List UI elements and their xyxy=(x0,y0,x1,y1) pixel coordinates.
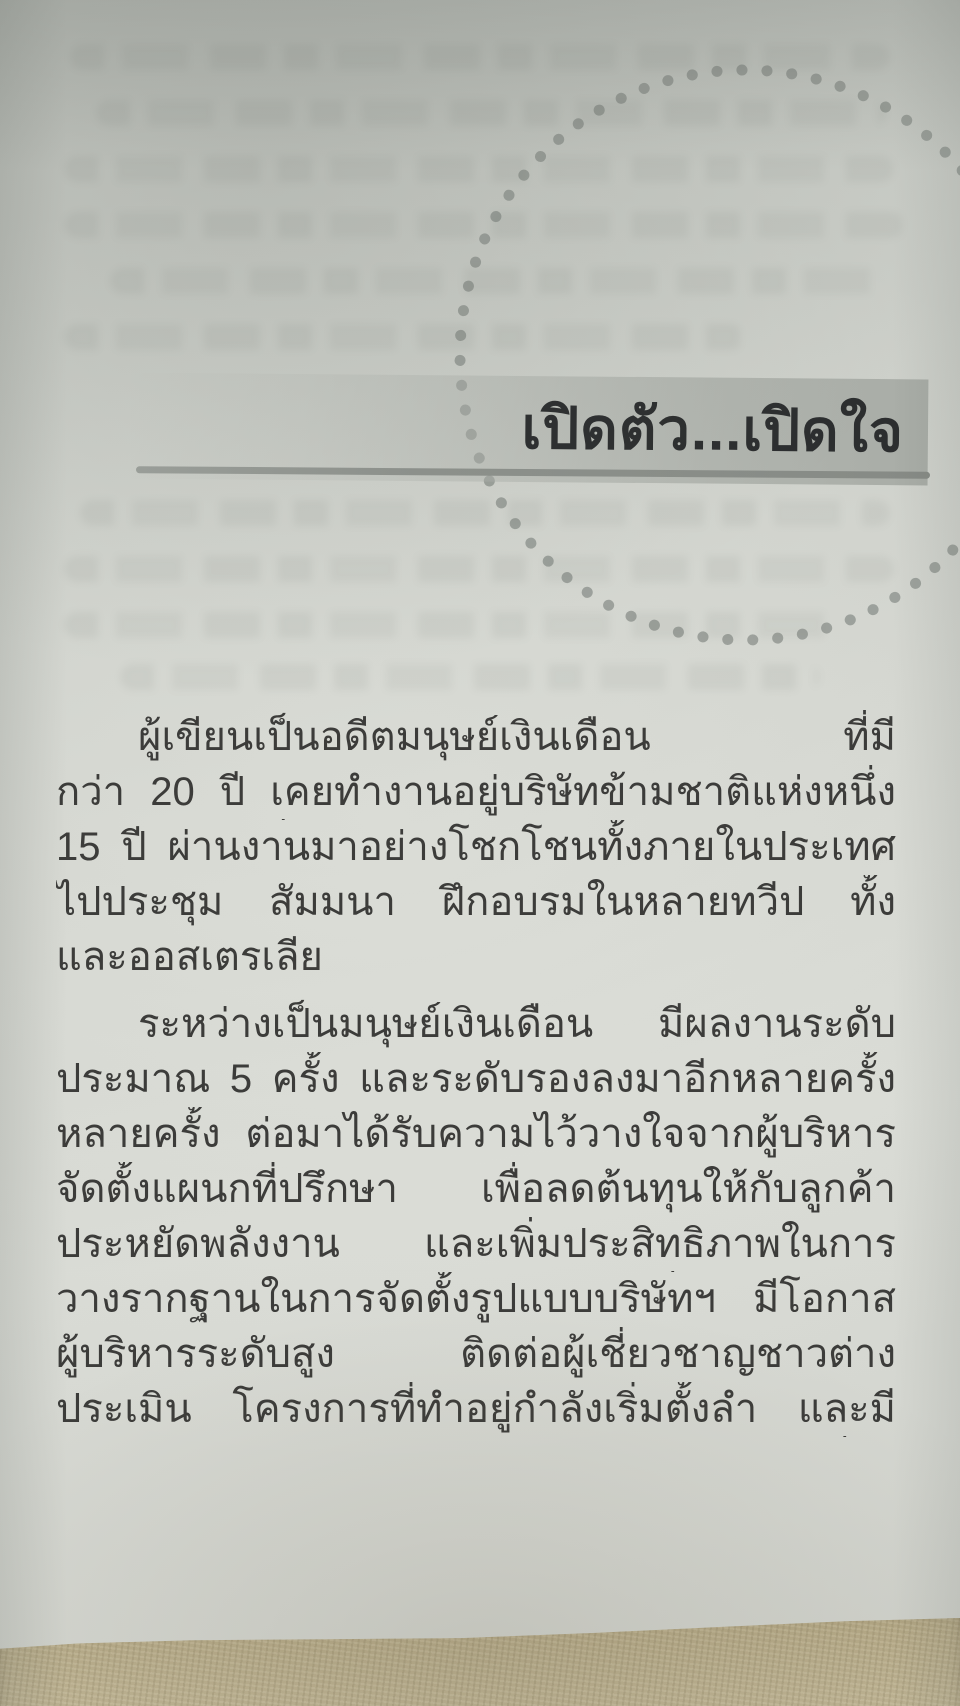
text-line: ระหว่างเป็นมนุษย์เงินเดือน มีผลงานระดับ … xyxy=(56,997,896,1052)
text-line: กว่า 20 ปี เคยทำงานอยู่บริษัทข้ามชาติแห่… xyxy=(56,765,896,820)
text-line: ประหยัดพลังงาน และเพิ่มประสิทธิภาพในการซ… xyxy=(56,1217,896,1272)
page-surface: เปิดตัว...เปิดใจ ผู้เขียนเป็นอดีตมนุษย์เ… xyxy=(0,0,960,1706)
text-line: หลายครั้ง ต่อมาได้รับความไว้วางใจจากผู้บ… xyxy=(56,1107,896,1162)
paragraph-1: ผู้เขียนเป็นอดีตมนุษย์เงินเดือน ที่มีประ… xyxy=(56,710,896,985)
text-line: 15 ปี ผ่านงานมาอย่างโชกโชนทั้งภายในประเท… xyxy=(56,820,896,875)
text-line: ผู้เขียนเป็นอดีตมนุษย์เงินเดือน ที่มีประ… xyxy=(56,710,896,765)
text-line: วางรากฐานในการจัดตั้งรูปแบบบริษัทฯ มีโอก… xyxy=(56,1272,896,1327)
text-line: ประเมิน โครงการที่ทำอยู่กำลังเริ่มตั้งลำ… xyxy=(56,1382,896,1437)
chapter-title: เปิดตัว...เปิดใจ xyxy=(521,400,904,461)
text-line: ประมาณ 5 ครั้ง และระดับรองลงมาอีกหลายครั… xyxy=(56,1052,896,1107)
text-line: ไปประชุม สัมมนา ฝึกอบรมในหลายทวีป ทั้งอเ… xyxy=(56,875,896,930)
body-text: ผู้เขียนเป็นอดีตมนุษย์เงินเดือน ที่มีประ… xyxy=(56,710,896,1437)
book-page-photo: เปิดตัว...เปิดใจ ผู้เขียนเป็นอดีตมนุษย์เ… xyxy=(0,0,960,1706)
paragraph-2: ระหว่างเป็นมนุษย์เงินเดือน มีผลงานระดับ … xyxy=(56,997,896,1437)
text-line: ผู้บริหารระดับสูง ติดต่อผู้เชี่ยวชาญชาวต… xyxy=(56,1327,896,1382)
text-line: และออสเตรเลีย xyxy=(56,930,896,985)
text-line: จัดตั้งแผนกที่ปรึกษา เพื่อลดต้นทุนให้กับ… xyxy=(56,1162,896,1217)
